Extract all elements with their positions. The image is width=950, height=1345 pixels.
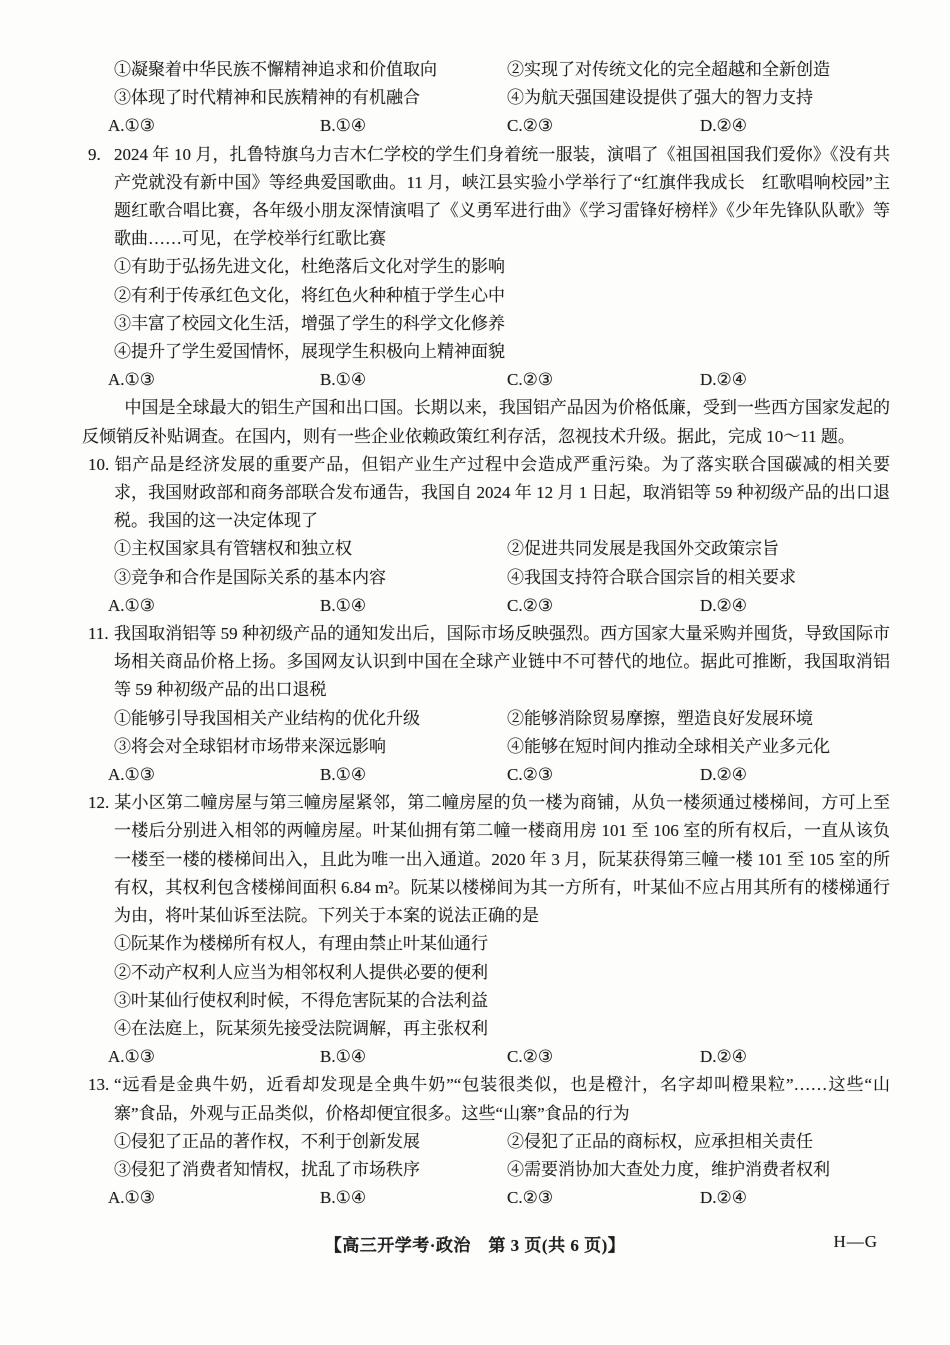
- answer-choices: A.①③ B.①④ C.②③ D.②④: [108, 592, 890, 620]
- option-1: ①有助于弘扬先进文化，杜绝落后文化对学生的影响: [114, 253, 890, 281]
- choice-c: C.②③: [507, 112, 700, 140]
- question-text: “远看是金典牛奶，近看却发现是全典牛奶”“包装很类似，也是橙汁，名字却叫橙果粒”…: [114, 1075, 890, 1122]
- choice-d: D.②④: [700, 1184, 890, 1212]
- answer-choices: A.①③ B.①④ C.②③ D.②④: [108, 1043, 890, 1071]
- choice-b: B.①④: [320, 1043, 507, 1071]
- choice-b: B.①④: [320, 1184, 507, 1212]
- choice-a: A.①③: [108, 592, 320, 620]
- option-2: ②不动产权利人应当为相邻权利人提供必要的便利: [114, 959, 890, 987]
- option-row: ③侵犯了消费者知情权，扰乱了市场秩序 ④需要消协加大查处力度，维护消费者权利: [114, 1156, 890, 1184]
- choice-b: B.①④: [320, 592, 507, 620]
- answer-choices: A.①③ B.①④ C.②③ D.②④: [108, 366, 890, 394]
- option-4: ④需要消协加大查处力度，维护消费者权利: [507, 1156, 890, 1184]
- option-1: ①侵犯了正品的著作权，不利于创新发展: [114, 1128, 507, 1156]
- choice-d: D.②④: [700, 366, 890, 394]
- option-row: ①凝聚着中华民族不懈精神追求和价值取向 ②实现了对传统文化的完全超越和全新创造: [114, 56, 890, 84]
- option-3: ③竞争和合作是国际关系的基本内容: [114, 564, 507, 592]
- question-stem: 11.我国取消铝等 59 种初级产品的通知发出后，国际市场反映强烈。西方国家大量…: [88, 620, 890, 705]
- option-row: ①主权国家具有管辖权和独立权 ②促进共同发展是我国外交政策宗旨: [114, 535, 890, 563]
- footer-title: 【高三开学考·政治 第 3 页(共 6 页)】: [325, 1236, 626, 1255]
- question-9: 9.2024 年 10 月，扎鲁特旗乌力吉木仁学校的学生们身着统一服装，演唱了《…: [88, 141, 890, 395]
- option-1: ①主权国家具有管辖权和独立权: [114, 535, 507, 563]
- exam-page: ①凝聚着中华民族不懈精神追求和价值取向 ②实现了对传统文化的完全超越和全新创造 …: [0, 0, 950, 1345]
- option-1: ①阮某作为楼梯所有权人，有理由禁止叶某仙通行: [114, 930, 890, 958]
- choice-a: A.①③: [108, 112, 320, 140]
- question-11: 11.我国取消铝等 59 种初级产品的通知发出后，国际市场反映强烈。西方国家大量…: [88, 620, 890, 789]
- option-4: ④为航天强国建设提供了强大的智力支持: [507, 84, 890, 112]
- question-10: 10.铝产品是经济发展的重要产品，但铝产业生产过程中会造成严重污染。为了落实联合…: [88, 451, 890, 620]
- option-3: ③将会对全球铝材市场带来深远影响: [114, 733, 507, 761]
- choice-b: B.①④: [320, 112, 507, 140]
- option-2: ②实现了对传统文化的完全超越和全新创造: [507, 56, 890, 84]
- choice-a: A.①③: [108, 1043, 320, 1071]
- answer-choices: A.①③ B.①④ C.②③ D.②④: [108, 112, 890, 140]
- choice-c: C.②③: [507, 1184, 700, 1212]
- choice-d: D.②④: [700, 1043, 890, 1071]
- choice-d: D.②④: [700, 592, 890, 620]
- choice-c: C.②③: [507, 1043, 700, 1071]
- choice-c: C.②③: [507, 761, 700, 789]
- question-8-tail: ①凝聚着中华民族不懈精神追求和价值取向 ②实现了对传统文化的完全超越和全新创造 …: [88, 56, 890, 141]
- question-stem: 12.某小区第二幢房屋与第三幢房屋紧邻，第二幢房屋的负一楼为商铺，从负一楼须通过…: [88, 789, 890, 930]
- question-text: 2024 年 10 月，扎鲁特旗乌力吉木仁学校的学生们身着统一服装，演唱了《祖国…: [114, 145, 890, 249]
- footer-code: H—G: [833, 1228, 878, 1256]
- question-text: 某小区第二幢房屋与第三幢房屋紧邻，第二幢房屋的负一楼为商铺，从负一楼须通过楼梯间…: [114, 793, 890, 925]
- choice-a: A.①③: [108, 761, 320, 789]
- option-3: ③叶某仙行使权利时候，不得危害阮某的合法利益: [114, 987, 890, 1015]
- choice-a: A.①③: [108, 366, 320, 394]
- option-row: ③体现了时代精神和民族精神的有机融合 ④为航天强国建设提供了强大的智力支持: [114, 84, 890, 112]
- choice-c: C.②③: [507, 592, 700, 620]
- option-row: ③竞争和合作是国际关系的基本内容 ④我国支持符合联合国宗旨的相关要求: [114, 564, 890, 592]
- question-stem: 9.2024 年 10 月，扎鲁特旗乌力吉木仁学校的学生们身着统一服装，演唱了《…: [88, 141, 890, 254]
- question-number: 10.: [88, 451, 114, 479]
- question-text: 铝产品是经济发展的重要产品，但铝产业生产过程中会造成严重污染。为了落实联合国碳减…: [114, 455, 890, 530]
- option-4: ④提升了学生爱国情怀，展现学生积极向上精神面貌: [114, 338, 890, 366]
- choice-c: C.②③: [507, 366, 700, 394]
- question-text: 我国取消铝等 59 种初级产品的通知发出后，国际市场反映强烈。西方国家大量采购并…: [114, 624, 890, 699]
- option-row: ①侵犯了正品的著作权，不利于创新发展 ②侵犯了正品的商标权，应承担相关责任: [114, 1128, 890, 1156]
- choice-d: D.②④: [700, 112, 890, 140]
- answer-choices: A.①③ B.①④ C.②③ D.②④: [108, 1184, 890, 1212]
- option-4: ④我国支持符合联合国宗旨的相关要求: [507, 564, 890, 592]
- question-12: 12.某小区第二幢房屋与第三幢房屋紧邻，第二幢房屋的负一楼为商铺，从负一楼须通过…: [88, 789, 890, 1071]
- question-13: 13.“远看是金典牛奶，近看却发现是全典牛奶”“包装很类似，也是橙汁，名字却叫橙…: [88, 1071, 890, 1212]
- option-row: ①能够引导我国相关产业结构的优化升级 ②能够消除贸易摩擦，塑造良好发展环境: [114, 705, 890, 733]
- option-3: ③体现了时代精神和民族精神的有机融合: [114, 84, 507, 112]
- question-number: 9.: [88, 141, 114, 169]
- question-number: 12.: [88, 789, 114, 817]
- choice-b: B.①④: [320, 366, 507, 394]
- option-1: ①凝聚着中华民族不懈精神追求和价值取向: [114, 56, 507, 84]
- option-row: ③将会对全球铝材市场带来深远影响 ④能够在短时间内推动全球相关产业多元化: [114, 733, 890, 761]
- lead-in-10-11: 中国是全球最大的铝生产国和出口国。长期以来，我国铝产品因为价格低廉，受到一些西方…: [82, 394, 890, 450]
- choice-a: A.①③: [108, 1184, 320, 1212]
- page-footer: 【高三开学考·政治 第 3 页(共 6 页)】 H—G: [0, 1232, 950, 1260]
- option-2: ②有利于传承红色文化，将红色火种种植于学生心中: [114, 282, 890, 310]
- question-stem: 10.铝产品是经济发展的重要产品，但铝产业生产过程中会造成严重污染。为了落实联合…: [88, 451, 890, 536]
- option-2: ②促进共同发展是我国外交政策宗旨: [507, 535, 890, 563]
- answer-choices: A.①③ B.①④ C.②③ D.②④: [108, 761, 890, 789]
- option-4: ④在法庭上，阮某须先接受法院调解，再主张权利: [114, 1015, 890, 1043]
- question-number: 13.: [88, 1071, 114, 1099]
- option-4: ④能够在短时间内推动全球相关产业多元化: [507, 733, 890, 761]
- choice-d: D.②④: [700, 761, 890, 789]
- option-2: ②侵犯了正品的商标权，应承担相关责任: [507, 1128, 890, 1156]
- question-number: 11.: [88, 620, 114, 648]
- option-3: ③侵犯了消费者知情权，扰乱了市场秩序: [114, 1156, 507, 1184]
- option-1: ①能够引导我国相关产业结构的优化升级: [114, 705, 507, 733]
- question-stem: 13.“远看是金典牛奶，近看却发现是全典牛奶”“包装很类似，也是橙汁，名字却叫橙…: [88, 1071, 890, 1127]
- choice-b: B.①④: [320, 761, 507, 789]
- option-3: ③丰富了校园文化生活，增强了学生的科学文化修养: [114, 310, 890, 338]
- option-2: ②能够消除贸易摩擦，塑造良好发展环境: [507, 705, 890, 733]
